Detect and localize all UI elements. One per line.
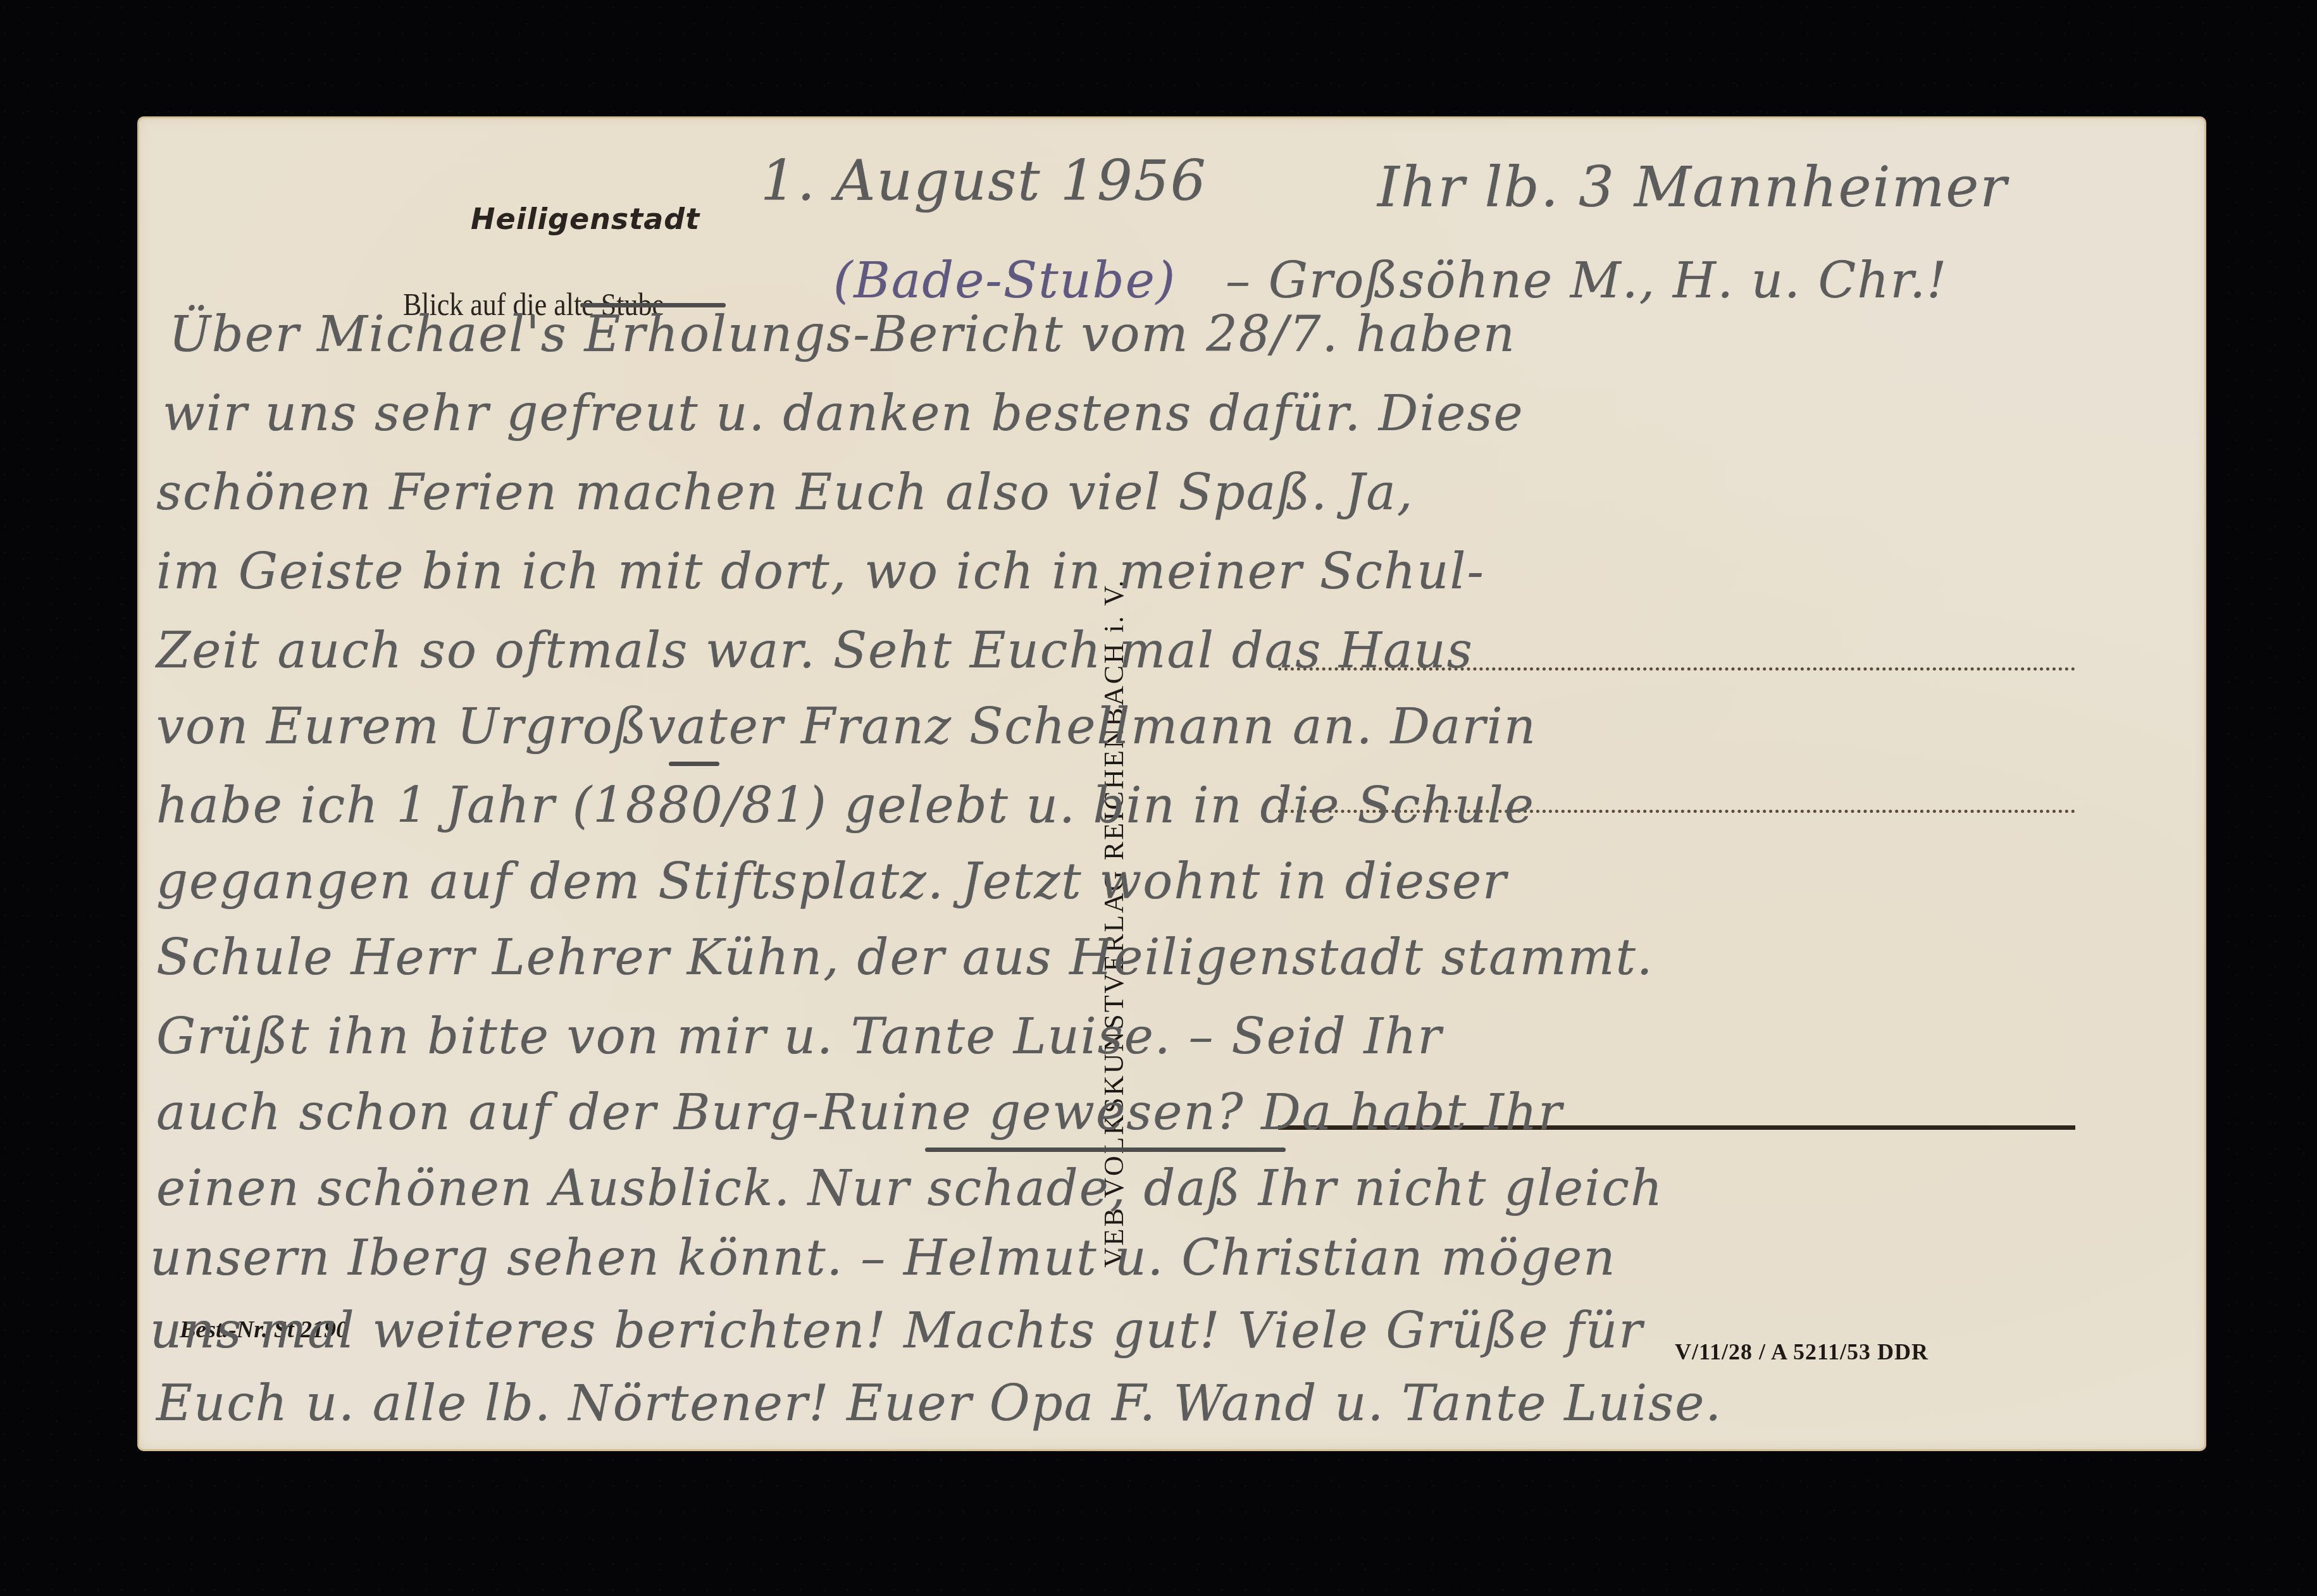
handwritten-line: Zeit auch so oftmals war. Seht Euch mal … <box>156 622 1474 679</box>
handwritten-line: Über Michael's Erholungs-Bericht vom 28/… <box>169 306 1516 363</box>
handwritten-line: Schule Herr Lehrer Kühn, der aus Heilige… <box>156 929 1654 986</box>
underline-burg-ruine <box>925 1148 1286 1152</box>
underline-urgrossvater <box>669 762 719 766</box>
handwritten-line: gegangen auf dem Stiftsplatz. Jetzt wohn… <box>156 853 1507 910</box>
handwritten-line: von Eurem Urgroßvater Franz Schellmann a… <box>156 698 1537 755</box>
handwritten-line: Grüßt ihn bitte von mir u. Tante Luise. … <box>156 1008 1443 1065</box>
handwritten-signoff: Euch u. alle lb. Nörtener! Euer Opa F. W… <box>156 1375 1722 1432</box>
handwritten-line: auch schon auf der Burg-Ruine gewesen? D… <box>156 1084 1563 1141</box>
postcard: Heiligenstadt Blick auf die alte Stube V… <box>137 116 2206 1451</box>
print-code: V/11/28 / A 5211/53 DDR <box>1675 1339 1929 1365</box>
handwritten-line: wir uns sehr gefreut u. danken bestens d… <box>163 385 1524 442</box>
handwritten-bade-stube: (Bade-Stube) <box>833 252 1176 309</box>
handwritten-line: – Großsöhne M., H. u. Chr.! <box>1226 252 1947 309</box>
handwritten-line: im Geiste bin ich mit dort, wo ich in me… <box>156 543 1485 600</box>
printed-title: Heiligenstadt <box>471 202 700 236</box>
handwritten-line: unsern Iberg sehen könnt. – Helmut u. Ch… <box>150 1230 1616 1287</box>
handwritten-line: habe ich 1 Jahr (1880/81) gelebt u. bin … <box>156 777 1535 834</box>
handwritten-line: schönen Ferien machen Euch also viel Spa… <box>156 464 1414 521</box>
handwritten-date: 1. August 1956 <box>761 148 1207 213</box>
handwritten-line: einen schönen Ausblick. Nur schade, daß … <box>156 1160 1663 1217</box>
handwritten-line: uns mal weiteres berichten! Machts gut! … <box>150 1302 1644 1359</box>
handwritten-salutation: Ihr lb. 3 Mannheimer <box>1377 154 2008 220</box>
